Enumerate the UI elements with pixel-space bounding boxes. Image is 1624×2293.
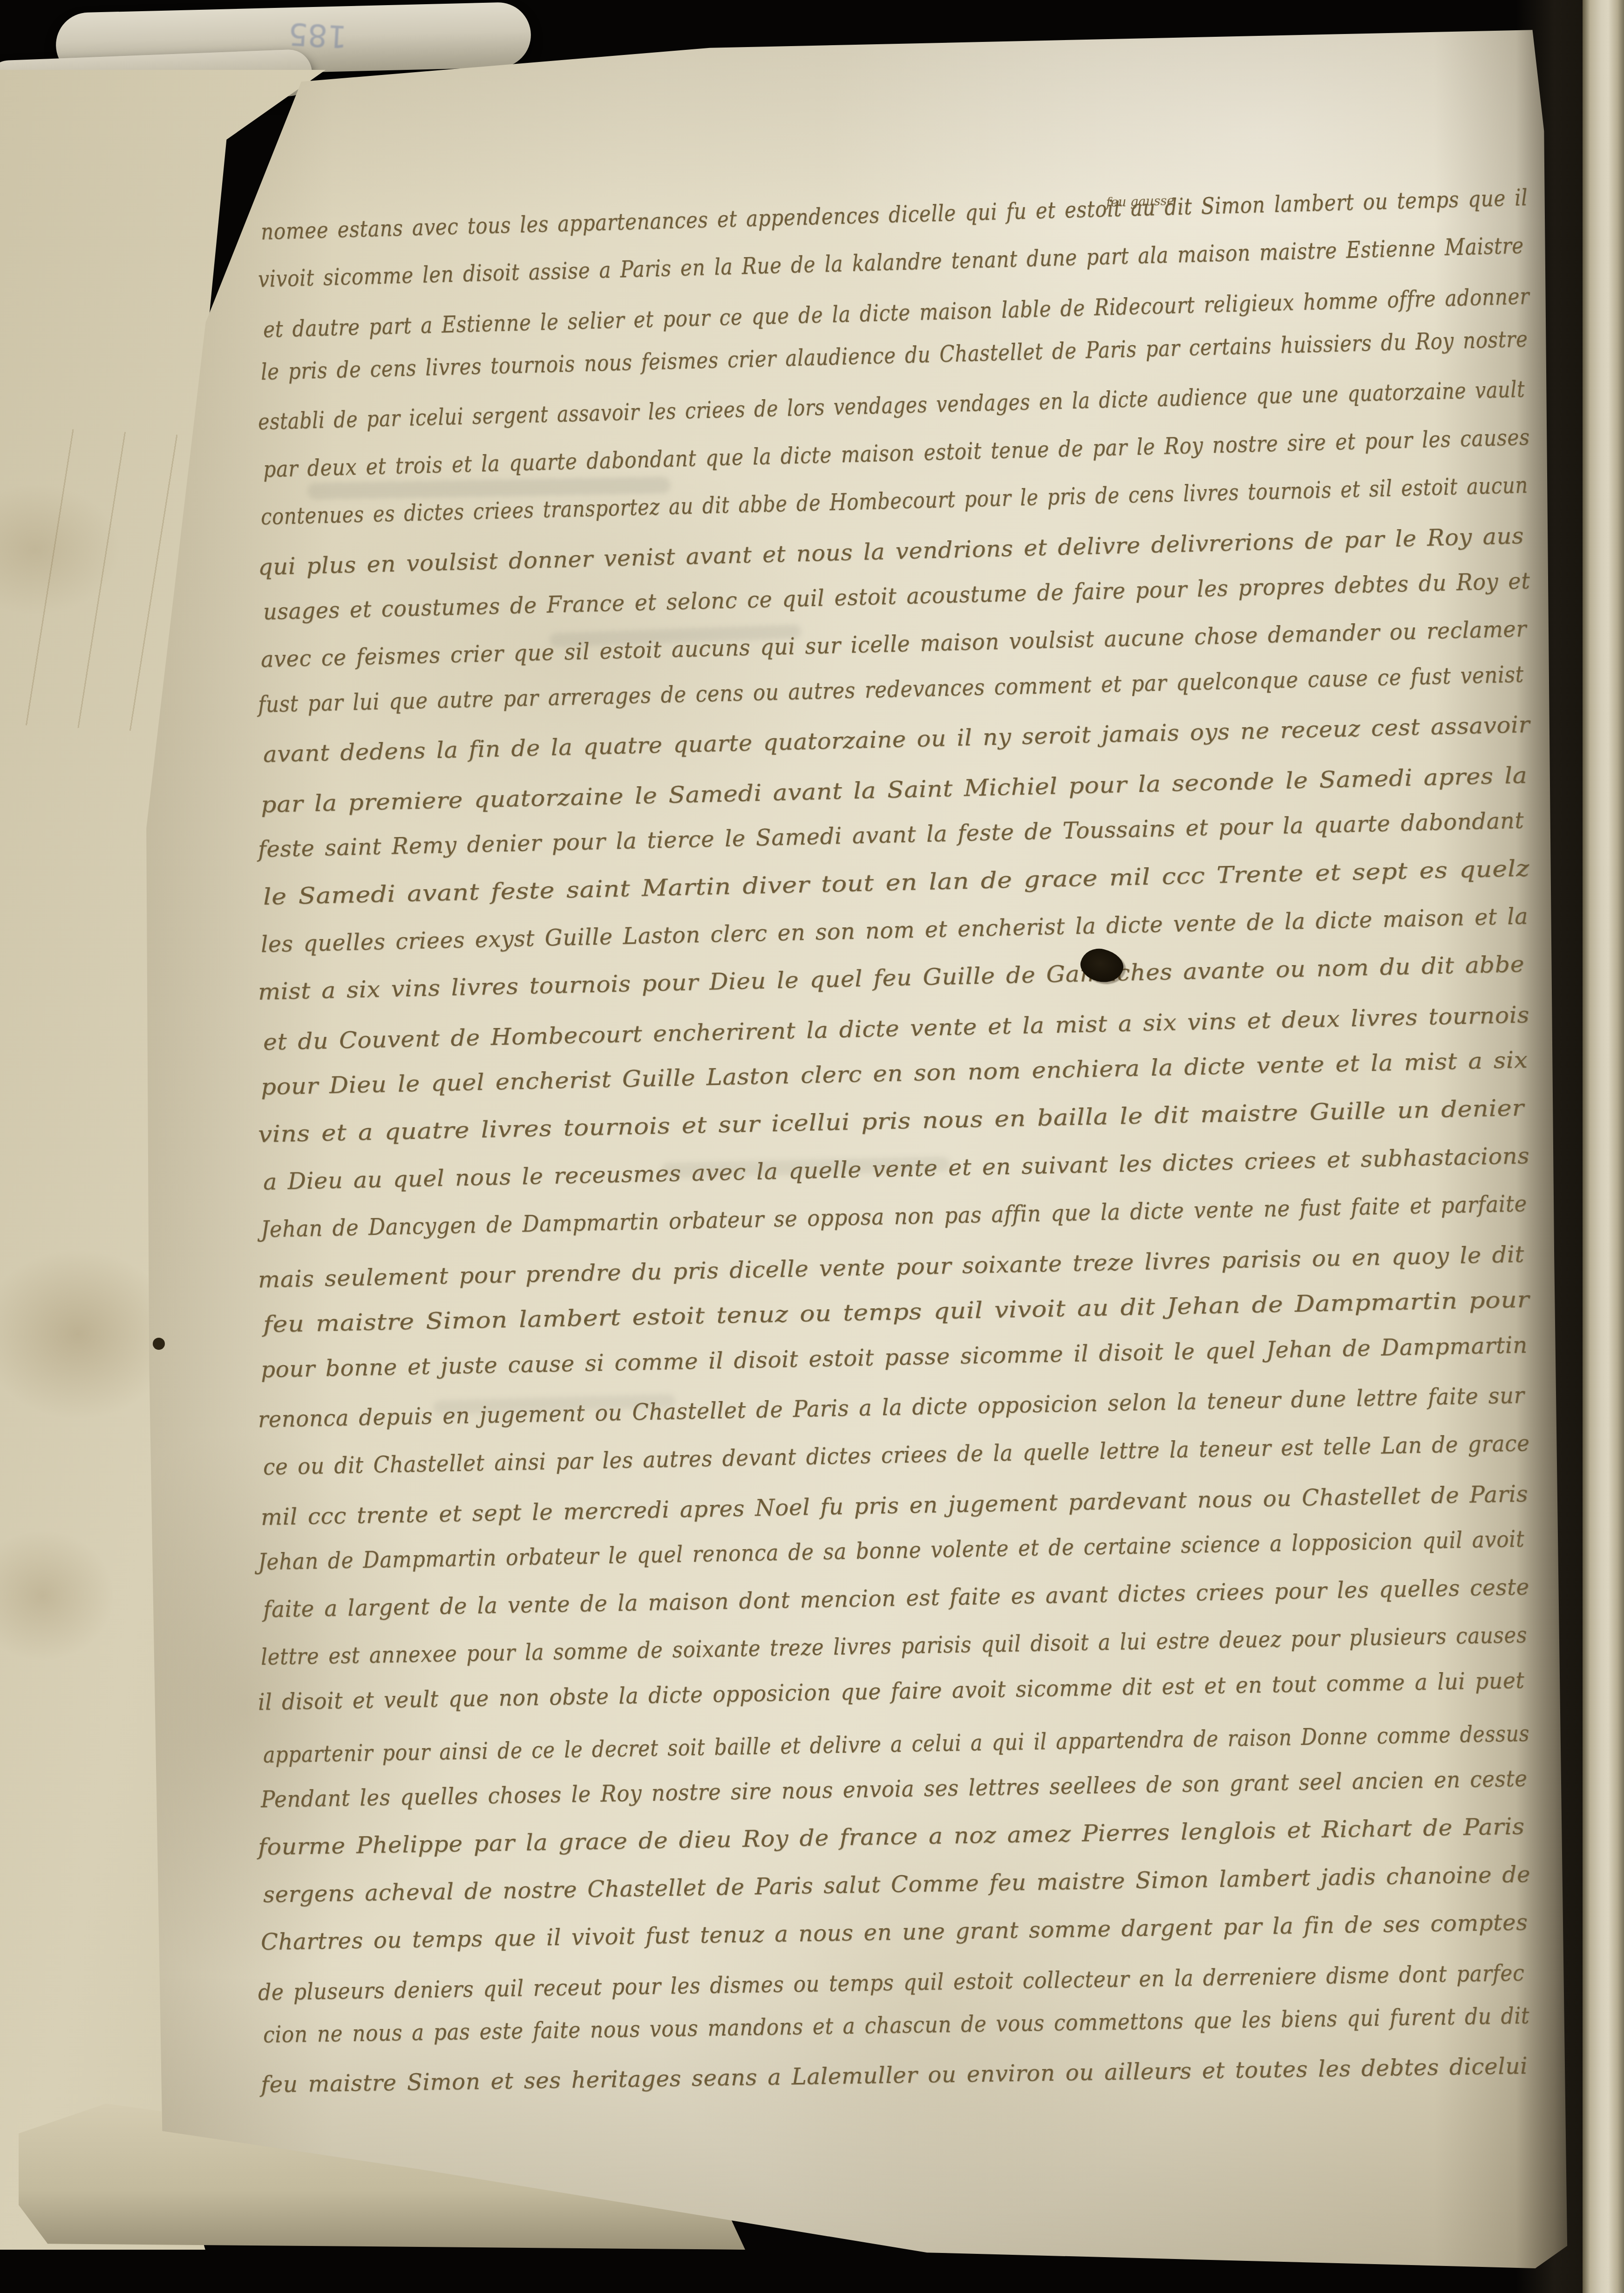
text-line: lettre est annexee pour la somme de soix…: [261, 1622, 1528, 1670]
text-line: avant dedens la fin de la quatre quarte …: [263, 712, 1530, 768]
gutter-shadow: [1516, 0, 1586, 2293]
text-line: il disoit et veult que non obste la dict…: [258, 1667, 1525, 1715]
text-line: Jehan de Dampmartin orbateur le quel ren…: [258, 1526, 1524, 1575]
text-line: appartenir pour ainsi de ce le decret so…: [263, 1721, 1530, 1768]
text-line: mist a six vins livres tournois pour Die…: [258, 951, 1524, 1005]
text-line: avec ce feismes crier que sil estoit auc…: [260, 616, 1527, 673]
text-line: Chartres ou temps que il vivoit fust ten…: [261, 1909, 1528, 1955]
text-line: contenues es dictes criees transportez a…: [260, 472, 1528, 530]
text-line: ce ou dit Chastellet ainsi par les autre…: [263, 1430, 1530, 1480]
text-line: establi de par icelui sergent assavoir l…: [258, 376, 1525, 435]
text-line: vins et a quatre livres tournois et sur …: [258, 1095, 1524, 1148]
text-line: a Dieu au quel nous le receusmes avec la…: [263, 1143, 1529, 1195]
ink-speck: [153, 1338, 165, 1350]
text-line: par deux et trois et la quarte dabondant…: [263, 424, 1530, 483]
text-line: fust par lui que autre par arrerages de …: [258, 661, 1524, 718]
text-line: cion ne nous a pas este faite nous vous …: [263, 2003, 1530, 2048]
text-line: de pluseurs deniers quil receut pour les…: [258, 1960, 1525, 2006]
text-line: pour bonne et juste cause si comme il di…: [260, 1332, 1528, 1383]
text-line: fourme Phelippe par la grace de dieu Roy…: [258, 1813, 1525, 1860]
text-line: feu maistre Simon lambert estoit tenuz o…: [263, 1286, 1529, 1338]
text-line: pour Dieu le quel encherist Guille Lasto…: [260, 1047, 1528, 1100]
folio-number: 185: [253, 14, 348, 54]
text-line: usages et coustumes de France et selonc …: [263, 568, 1530, 625]
text-line: et du Couvent de Hombecourt encherirent …: [263, 1002, 1529, 1055]
text-line: feste saint Remy denier pour la tierce l…: [258, 808, 1524, 863]
text-line: mais seulement pour prendre du pris dice…: [258, 1241, 1524, 1293]
text-line: renonca depuis en jugement ou Chastellet…: [258, 1382, 1524, 1433]
manuscript-photo: 185 feu gausse nomee estans avec tous le…: [0, 0, 1624, 2293]
text-block: feu gausse nomee estans avec tous les ap…: [261, 219, 1537, 2105]
text-line: qui plus en voulsist donner venist avant…: [258, 523, 1524, 580]
text-line: par la premiere quatorzaine le Samedi av…: [260, 762, 1528, 818]
text-line: les quelles criees exyst Guille Laston c…: [260, 903, 1528, 958]
text-line: mil ccc trente et sept le mercredi apres…: [260, 1481, 1528, 1531]
text-line: sergens acheval de nostre Chastellet de …: [263, 1861, 1531, 1908]
text-line: Jehan de Dancygen de Dampmartin orbateur…: [260, 1191, 1527, 1243]
text-line: le Samedi avant feste saint Martin diver…: [263, 855, 1529, 910]
adjacent-folio-edge: [1583, 0, 1624, 2293]
text-line: feu maistre Simon et ses heritages seans…: [261, 2053, 1528, 2098]
text-line: vivoit sicomme len disoit assise a Paris…: [258, 232, 1524, 293]
text-line: Pendant les quelles choses le Roy nostre…: [261, 1766, 1528, 1813]
text-line: faite a largent de la vente de la maison…: [263, 1574, 1529, 1623]
